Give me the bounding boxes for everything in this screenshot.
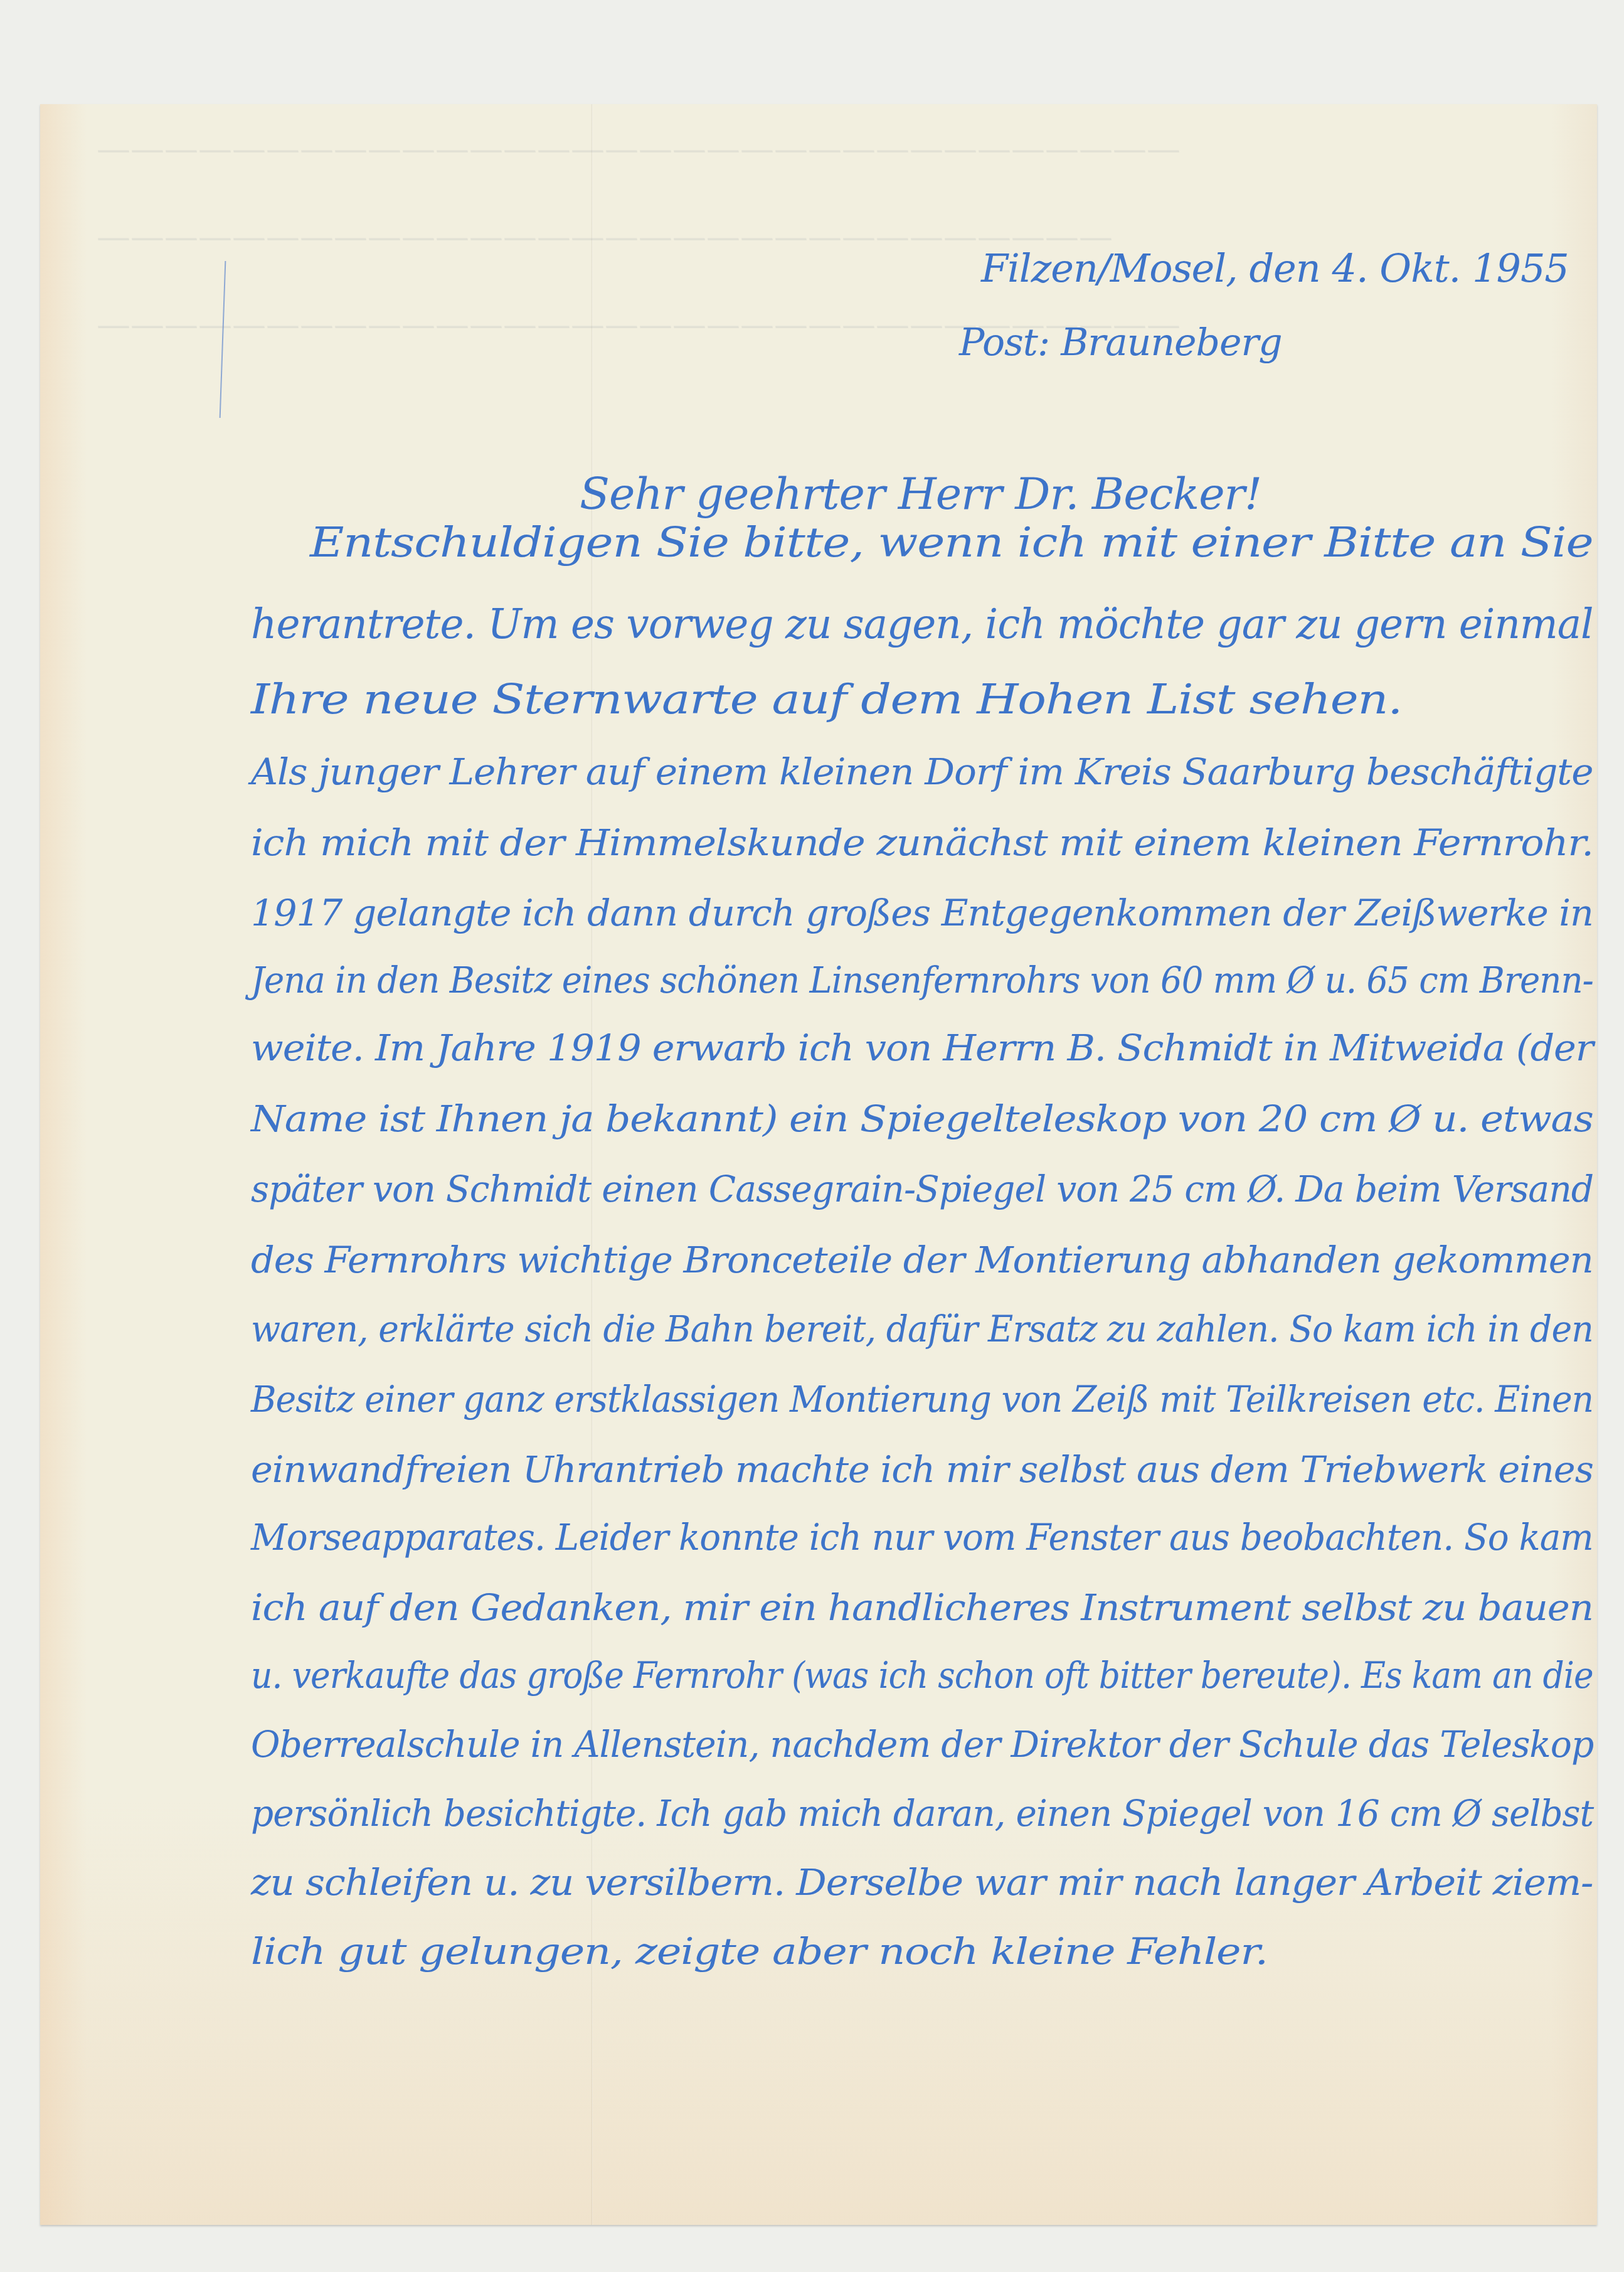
body-line: später von Schmidt einen Cassegrain-Spie… bbox=[251, 1168, 1593, 1210]
body-line: Besitz einer ganz erstklassigen Montieru… bbox=[251, 1378, 1593, 1421]
body-line: Entschuldigen Sie bitte, wenn ich mit ei… bbox=[310, 518, 1593, 567]
body-line: weite. Im Jahre 1919 erwarb ich von Herr… bbox=[251, 1027, 1593, 1069]
body-line: Oberrealschule in Allenstein, nachdem de… bbox=[251, 1723, 1593, 1766]
show-through-text: —————————————————————————————— bbox=[97, 217, 1113, 257]
body-line: Name ist Ihnen ja bekannt) ein Spiegelte… bbox=[251, 1097, 1593, 1140]
body-line: Morseapparates. Leider konnte ich nur vo… bbox=[251, 1516, 1593, 1559]
place-and-date: Filzen/Mosel, den 4. Okt. 1955 bbox=[981, 245, 1569, 291]
body-line: ich mich mit der Himmelskunde zunächst m… bbox=[251, 821, 1593, 864]
letter-sheet: ———————————————————————————————— ———————… bbox=[40, 104, 1597, 2225]
body-line: lich gut gelungen, zeigte aber noch klei… bbox=[251, 1930, 1268, 1973]
body-line: herantrete. Um es vorweg zu sagen, ich m… bbox=[251, 600, 1593, 648]
paper-fold-crease bbox=[591, 104, 593, 2225]
body-line: persönlich besichtigte. Ich gab mich dar… bbox=[251, 1792, 1593, 1835]
body-line: 1917 gelangte ich dann durch großes Entg… bbox=[251, 892, 1593, 934]
body-line: zu schleifen u. zu versilbern. Derselbe … bbox=[251, 1861, 1593, 1904]
post-office: Post: Brauneberg bbox=[959, 321, 1282, 365]
body-line: Ihre neue Sternwarte auf dem Hohen List … bbox=[251, 675, 1402, 723]
body-line: Jena in den Besitz eines schönen Linsenf… bbox=[251, 959, 1593, 1001]
body-line: Als junger Lehrer auf einem kleinen Dorf… bbox=[251, 750, 1593, 793]
body-line: einwandfreien Uhrantrieb machte ich mir … bbox=[251, 1448, 1593, 1491]
body-line: waren, erklärte sich die Bahn bereit, da… bbox=[251, 1308, 1593, 1350]
show-through-text: ———————————————————————————————— bbox=[97, 129, 1181, 169]
margin-pen-stroke bbox=[220, 261, 226, 418]
body-line: ich auf den Gedanken, mir ein handlicher… bbox=[251, 1586, 1593, 1629]
body-line: u. verkaufte das große Fernrohr (was ich… bbox=[251, 1654, 1593, 1697]
body-line: des Fernrohrs wichtige Bronceteile der M… bbox=[251, 1239, 1593, 1281]
salutation: Sehr geehrter Herr Dr. Becker! bbox=[580, 468, 1261, 520]
